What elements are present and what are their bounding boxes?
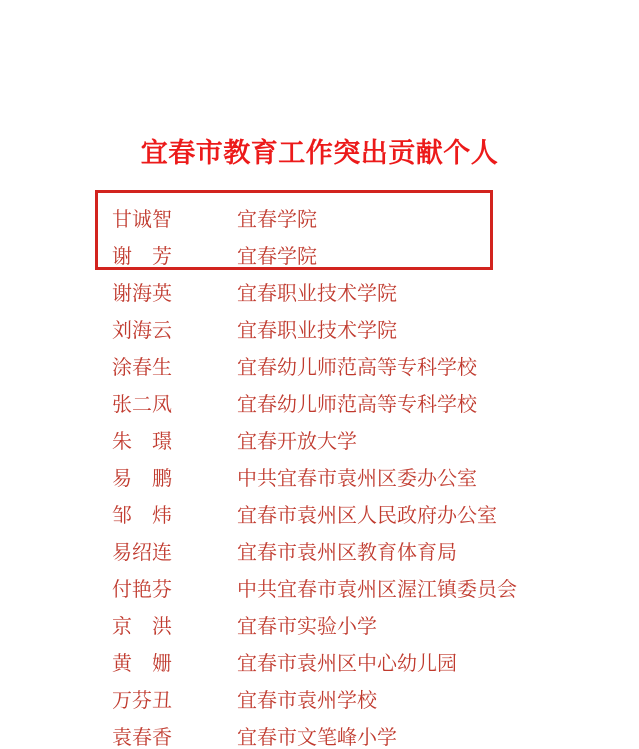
list-item: 张二凤 宜春幼儿师范高等专科学校 (112, 384, 532, 421)
person-name: 万芬丑 (112, 684, 237, 713)
list-item: 京 洪 宜春市实验小学 (112, 606, 532, 643)
person-name: 甘诚智 (112, 203, 237, 232)
institution-name: 宜春幼儿师范高等专科学校 (237, 351, 477, 380)
list-item: 朱 璟 宜春开放大学 (112, 421, 532, 458)
person-name: 邹 炜 (112, 499, 237, 528)
person-name: 谢 芳 (112, 240, 237, 269)
person-name: 朱 璟 (112, 425, 237, 454)
person-name: 涂春生 (112, 351, 237, 380)
institution-name: 宜春市袁州学校 (237, 684, 377, 713)
institution-name: 宜春职业技术学院 (237, 314, 397, 343)
institution-name: 宜春市袁州区教育体育局 (237, 536, 457, 565)
person-name: 张二凤 (112, 388, 237, 417)
page-title: 宜春市教育工作突出贡献个人 (0, 131, 639, 170)
list-item: 易绍连 宜春市袁州区教育体育局 (112, 532, 532, 569)
institution-name: 宜春职业技术学院 (237, 277, 397, 306)
document-page: 宜春市教育工作突出贡献个人 甘诚智 宜春学院 谢 芳 宜春学院 谢海英 宜春职业… (0, 0, 639, 749)
list-item: 刘海云 宜春职业技术学院 (112, 310, 532, 347)
list-item: 甘诚智 宜春学院 (112, 199, 532, 236)
award-list: 甘诚智 宜春学院 谢 芳 宜春学院 谢海英 宜春职业技术学院 刘海云 宜春职业技… (112, 199, 532, 749)
list-item: 付艳芬 中共宜春市袁州区渥江镇委员会 (112, 569, 532, 606)
person-name: 谢海英 (112, 277, 237, 306)
list-item: 涂春生 宜春幼儿师范高等专科学校 (112, 347, 532, 384)
institution-name: 宜春幼儿师范高等专科学校 (237, 388, 477, 417)
person-name: 易绍连 (112, 536, 237, 565)
institution-name: 宜春学院 (237, 203, 317, 232)
institution-name: 中共宜春市袁州区渥江镇委员会 (237, 573, 517, 602)
institution-name: 宜春市袁州区人民政府办公室 (237, 499, 497, 528)
person-name: 京 洪 (112, 610, 237, 639)
institution-name: 宜春开放大学 (237, 425, 357, 454)
institution-name: 宜春市实验小学 (237, 610, 377, 639)
person-name: 袁春香 (112, 721, 237, 749)
institution-name: 中共宜春市袁州区委办公室 (237, 462, 477, 491)
person-name: 刘海云 (112, 314, 237, 343)
person-name: 黄 姗 (112, 647, 237, 676)
list-item: 袁春香 宜春市文笔峰小学 (112, 717, 532, 749)
institution-name: 宜春市袁州区中心幼儿园 (237, 647, 457, 676)
list-item: 谢 芳 宜春学院 (112, 236, 532, 273)
person-name: 付艳芬 (112, 573, 237, 602)
institution-name: 宜春市文笔峰小学 (237, 721, 397, 749)
list-item: 易 鹏 中共宜春市袁州区委办公室 (112, 458, 532, 495)
person-name: 易 鹏 (112, 462, 237, 491)
list-item: 谢海英 宜春职业技术学院 (112, 273, 532, 310)
list-item: 黄 姗 宜春市袁州区中心幼儿园 (112, 643, 532, 680)
list-item: 邹 炜 宜春市袁州区人民政府办公室 (112, 495, 532, 532)
list-item: 万芬丑 宜春市袁州学校 (112, 680, 532, 717)
institution-name: 宜春学院 (237, 240, 317, 269)
